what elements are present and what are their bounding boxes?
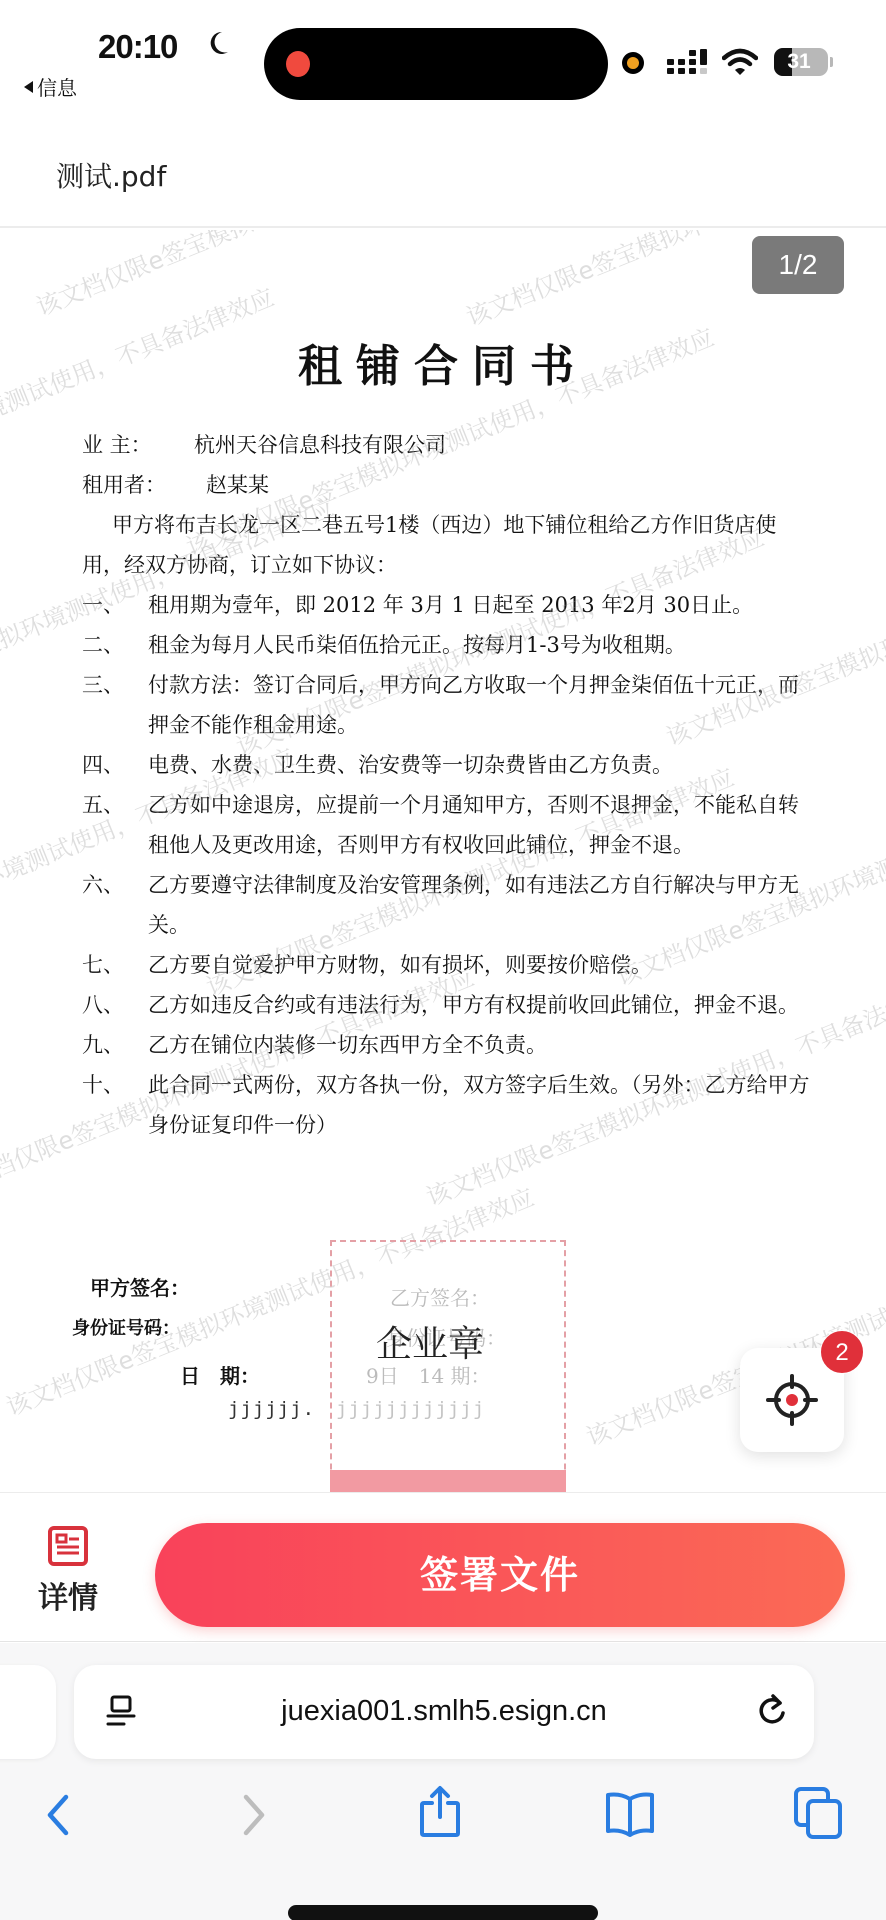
forward-chevron-icon[interactable] [240, 1793, 268, 1842]
file-header: 测试.pdf [0, 110, 886, 228]
date-label: 日 期： [180, 1360, 260, 1389]
back-app-label: 信息 [37, 72, 77, 101]
tenant-label: 租用者： [82, 465, 206, 505]
clause-number: 九、 [82, 1025, 148, 1065]
clause-text: 电费、水费、卫生费、治安费等一切杂费皆由乙方负责。 [148, 745, 812, 785]
cellular-signal-icon [667, 49, 707, 74]
reload-icon[interactable] [756, 1693, 788, 1734]
mic-indicator-icon [622, 52, 644, 74]
bookmarks-icon[interactable] [604, 1791, 656, 1842]
clause: 八、乙方如违反合约或有违法行为，甲方有权提前收回此铺位，押金不退。 [82, 985, 812, 1025]
clause-number: 二、 [82, 625, 148, 665]
pending-count-badge: 2 [820, 1330, 864, 1374]
tabs-icon[interactable] [794, 1787, 844, 1844]
clause-number: 十、 [82, 1065, 148, 1145]
browser-toolbar: juexia001.smlh5.esign.cn [0, 1643, 886, 1920]
clause-text: 租用期为壹年，即 2012 年 3月 1 日起至 2013 年2月 30日止。 [148, 585, 812, 625]
sign-document-button[interactable]: 签署文件 [155, 1523, 845, 1627]
clause-text: 乙方在铺位内装修一切东西甲方全不负责。 [148, 1025, 812, 1065]
clause-number: 六、 [82, 865, 148, 945]
clause: 六、乙方要遵守法律制度及治安管理条例，如有违法乙方自行解决与甲方无关。 [82, 865, 812, 945]
browser-nav-row [0, 1773, 886, 1843]
date-filler: jjjjjj. [228, 1398, 315, 1420]
clause-text: 付款方法：签订合同后，甲方向乙方收取一个月押金柒佰伍十元正，而押金不能作租金用途… [148, 665, 812, 745]
clause-text: 乙方要遵守法律制度及治安管理条例，如有违法乙方自行解决与甲方无关。 [148, 865, 812, 945]
owner-label: 业 主： [82, 425, 194, 465]
intro-paragraph: 甲方将布吉长龙一区二巷五号1楼（西边）地下铺位租给乙方作旧货店使用，经双方协商，… [82, 505, 812, 585]
crosshair-icon [764, 1372, 820, 1428]
clause-number: 八、 [82, 985, 148, 1025]
details-label: 详情 [38, 1573, 98, 1617]
owner-row: 业 主： 杭州天谷信息科技有限公司 [82, 425, 812, 465]
wifi-icon [722, 48, 758, 81]
details-button[interactable]: 详情 [28, 1525, 108, 1617]
clause-number: 一、 [82, 585, 148, 625]
battery-icon: 31 [774, 48, 828, 76]
share-icon[interactable] [418, 1785, 462, 1844]
previous-tab[interactable] [0, 1665, 56, 1759]
clause-number: 五、 [82, 785, 148, 865]
address-bar[interactable]: juexia001.smlh5.esign.cn [74, 1665, 814, 1759]
status-bar: 20:10 信息 31 [0, 0, 886, 110]
clause-text: 乙方如违反合约或有违法行为，甲方有权提前收回此铺位，押金不退。 [148, 985, 812, 1025]
page-indicator: 1/2 [752, 236, 844, 294]
document-body: 业 主： 杭州天谷信息科技有限公司 租用者： 赵某某 甲方将布吉长龙一区二巷五号… [82, 425, 812, 1145]
clause: 九、乙方在铺位内装修一切东西甲方全不负责。 [82, 1025, 812, 1065]
focus-moon-icon [208, 30, 230, 63]
url-text[interactable]: juexia001.smlh5.esign.cn [74, 1695, 814, 1728]
watermark: 该文档仅限e签宝模拟环境测试使用，不具备法律效应 [30, 230, 569, 322]
clause: 三、付款方法：签订合同后，甲方向乙方收取一个月押金柒佰伍十元正，而押金不能作租金… [82, 665, 812, 745]
clause-number: 三、 [82, 665, 148, 745]
clause-number: 七、 [82, 945, 148, 985]
dynamic-island [264, 28, 608, 100]
clause-text: 租金为每月人民币柒佰伍拾元正。按每月1-3号为收租期。 [148, 625, 812, 665]
owner-value: 杭州天谷信息科技有限公司 [194, 425, 446, 465]
seal-field-label: 企业章 [376, 1316, 484, 1367]
back-to-app-button[interactable]: 信息 [24, 72, 77, 101]
clause-text: 乙方如中途退房，应提前一个月通知甲方，否则不退押金，不能私自转租他人及更改用途，… [148, 785, 812, 865]
battery-tip [830, 57, 833, 67]
party-a-sign-label: 甲方签名： [90, 1272, 190, 1301]
tenant-value: 赵某某 [206, 465, 269, 505]
clock: 20:10 [98, 28, 177, 66]
battery-level: 31 [774, 50, 824, 74]
home-indicator[interactable] [288, 1905, 598, 1920]
clause-number: 四、 [82, 745, 148, 785]
clause-text: 此合同一式两份，双方各执一份，双方签字后生效。（另外：乙方给甲方身份证复印件一份… [148, 1065, 812, 1145]
clause: 七、乙方要自觉爱护甲方财物，如有损坏，则要按价赔偿。 [82, 945, 812, 985]
clause-text: 乙方要自觉爱护甲方财物，如有损坏，则要按价赔偿。 [148, 945, 812, 985]
clause: 二、租金为每月人民币柒佰伍拾元正。按每月1-3号为收租期。 [82, 625, 812, 665]
recording-indicator-icon [286, 51, 310, 77]
document-title: 租铺合同书 [0, 330, 886, 394]
clause: 一、租用期为壹年，即 2012 年 3月 1 日起至 2013 年2月 30日止… [82, 585, 812, 625]
action-bar: 详情 签署文件 [0, 1492, 886, 1642]
back-chevron-icon[interactable] [44, 1793, 72, 1842]
clause: 十、此合同一式两份，双方各执一份，双方签字后生效。（另外：乙方给甲方身份证复印件… [82, 1065, 812, 1145]
clause: 五、乙方如中途退房，应提前一个月通知甲方，否则不退押金，不能私自转租他人及更改用… [82, 785, 812, 865]
seal-field-handle[interactable] [330, 1470, 566, 1492]
back-triangle-icon [24, 81, 33, 93]
party-a-id-label: 身份证号码： [72, 1314, 180, 1340]
company-seal-field[interactable]: 企业章 [330, 1240, 566, 1492]
clause: 四、电费、水费、卫生费、治安费等一切杂费皆由乙方负责。 [82, 745, 812, 785]
pdf-viewer[interactable]: 1/2 该文档仅限e签宝模拟环境测试使用，不具备法律效应 该文档仅限e签宝模拟环… [0, 230, 886, 1492]
tenant-row: 租用者： 赵某某 [82, 465, 812, 505]
details-document-icon [47, 1525, 89, 1567]
file-title: 测试.pdf [56, 155, 166, 195]
